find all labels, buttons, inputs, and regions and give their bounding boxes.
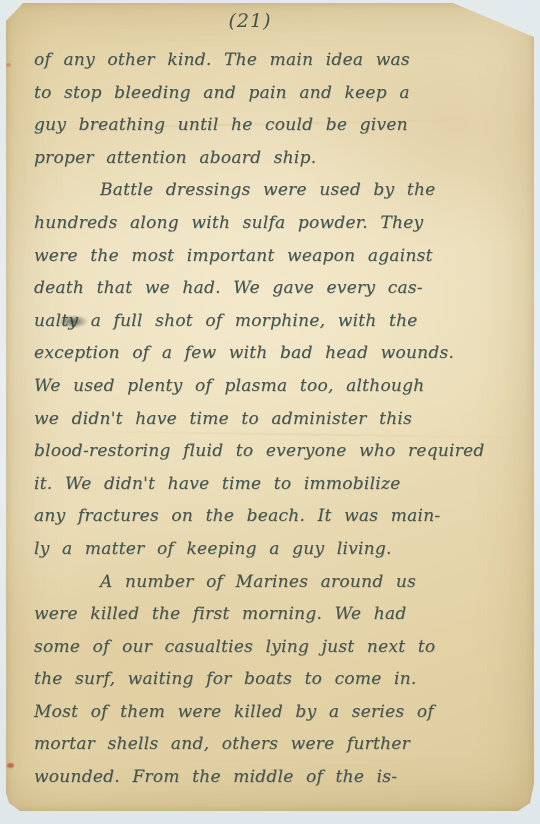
- handwritten-line: proper attention aboard ship.: [34, 142, 518, 175]
- handwritten-line: guy breathing until he could be given: [34, 109, 518, 142]
- scanned-letter-stage: (21) of any other kind. The main idea wa…: [0, 0, 540, 824]
- handwritten-line: the surf, waiting for boats to come in.: [34, 663, 518, 696]
- handwritten-line: Most of them were killed by a series of: [34, 696, 518, 729]
- handwritten-line: blood-restoring fluid to everyone who re…: [34, 435, 518, 468]
- handwritten-line: of any other kind. The main idea was: [34, 44, 518, 77]
- handwritten-line: ualty a full shot of morphine, with the: [34, 305, 518, 338]
- handwritten-line: A number of Marines around us: [34, 566, 518, 599]
- handwritten-line: death that we had. We gave every cas-: [34, 272, 518, 305]
- handwritten-line: any fractures on the beach. It was main-: [34, 500, 518, 533]
- handwritten-line: mortar shells and, others were further: [34, 728, 518, 761]
- handwritten-line: were killed the first morning. We had: [34, 598, 518, 631]
- handwritten-line: hundreds along with sulfa powder. They: [34, 207, 518, 240]
- handwritten-line: were the most important weapon against: [34, 240, 518, 273]
- ink-scribble-correction: [58, 315, 88, 328]
- letter-body: of any other kind. The main idea was to …: [34, 44, 518, 794]
- handwritten-line: Battle dressings were used by the: [34, 174, 518, 207]
- red-ink-mark: [6, 63, 11, 67]
- handwritten-line: to stop bleeding and pain and keep a: [34, 77, 518, 110]
- handwritten-line: ly a matter of keeping a guy living.: [34, 533, 518, 566]
- handwritten-line: some of our casualties lying just next t…: [34, 631, 518, 664]
- handwritten-line: wounded. From the middle of the is-: [34, 761, 518, 794]
- handwritten-line: it. We didn't have time to immobilize: [34, 468, 518, 501]
- handwritten-line: We used plenty of plasma too, although: [34, 370, 518, 403]
- letter-page: (21) of any other kind. The main idea wa…: [6, 3, 534, 811]
- red-ink-mark: [7, 763, 14, 768]
- page-number: (21): [6, 10, 494, 32]
- handwritten-line: exception of a few with bad head wounds.: [34, 337, 518, 370]
- handwritten-line: we didn't have time to administer this: [34, 403, 518, 436]
